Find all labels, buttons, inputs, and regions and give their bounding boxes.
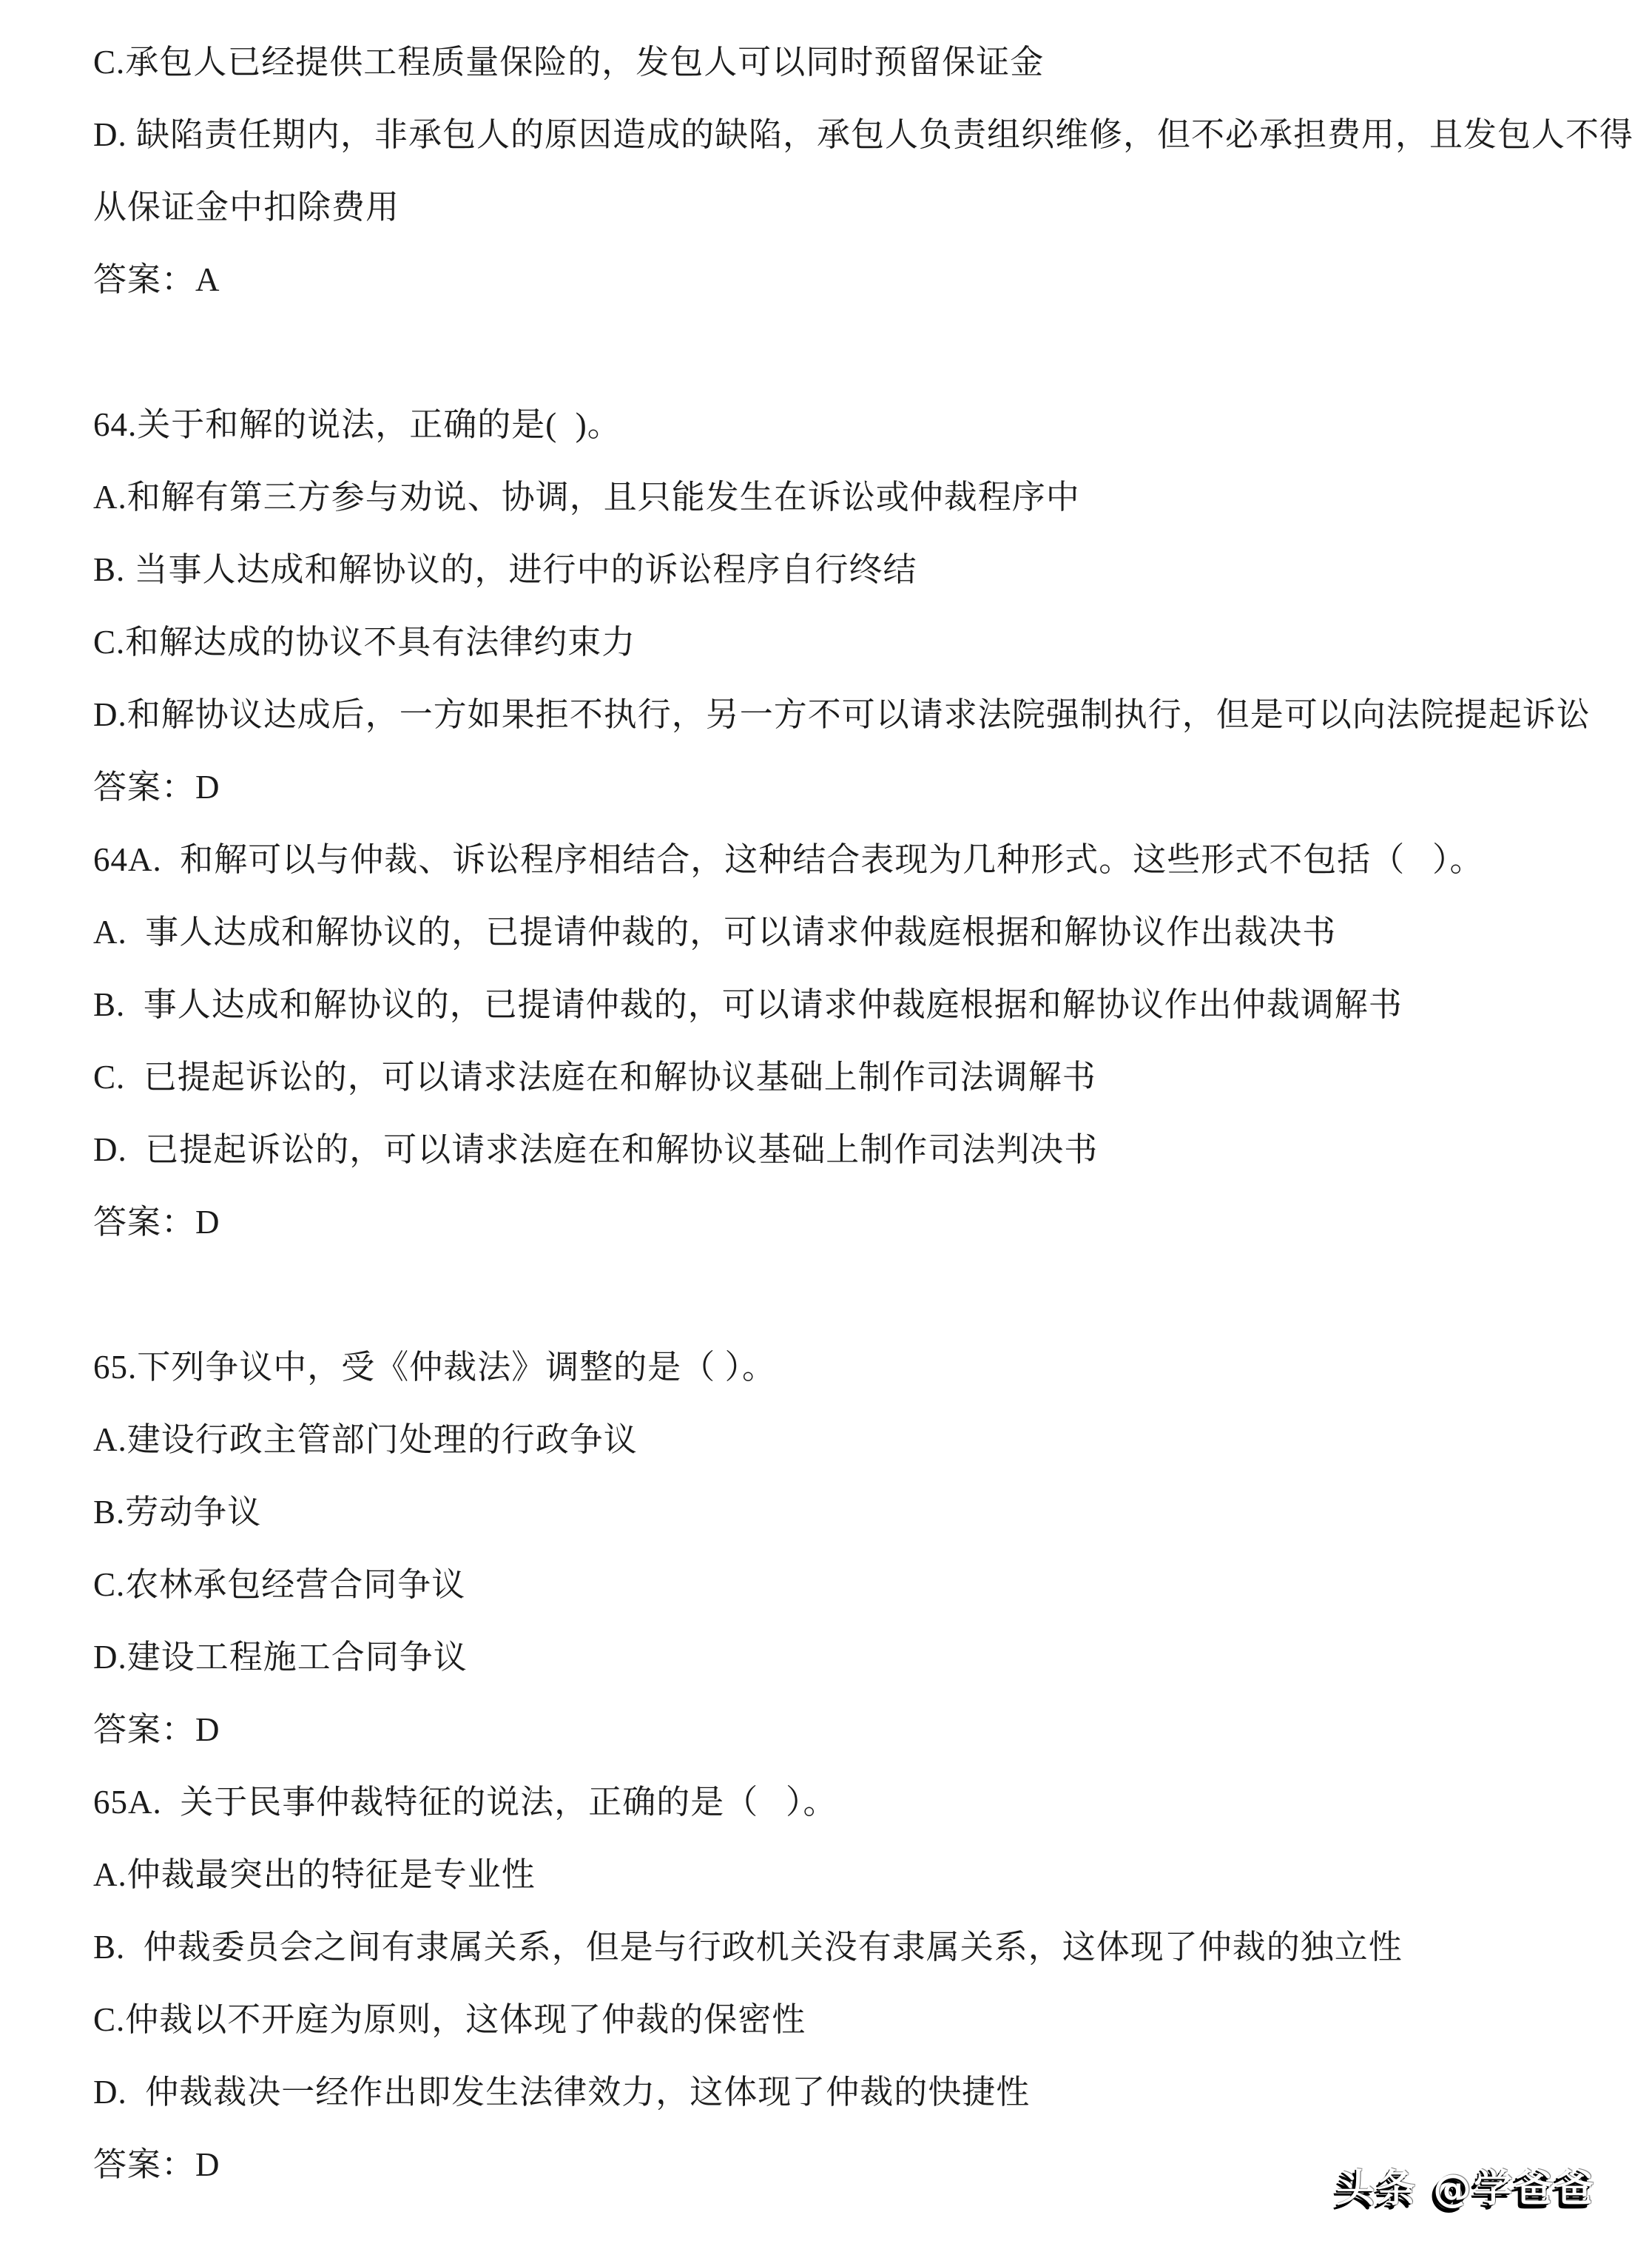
line-option: D. 仲裁裁决一经作出即发生法律效力，这体现了仲裁的快捷性 bbox=[93, 2052, 1622, 2125]
line-blank bbox=[93, 1255, 1622, 1327]
line-option: D. 已提起诉讼的，可以请求法庭在和解协议基础上制作司法判决书 bbox=[93, 1110, 1622, 1182]
line-blank bbox=[93, 312, 1622, 385]
line-answer: 答案：D bbox=[93, 747, 1622, 820]
watermark: 头条 @学爸爸 bbox=[1336, 2157, 1596, 2213]
line-option: B.劳动争议 bbox=[93, 1472, 1622, 1545]
line-answer: 答案：A bbox=[93, 240, 1622, 312]
line-question: 65A. 关于民事仲裁特征的说法，正确的是（ ）。 bbox=[93, 1762, 1622, 1835]
line-option: C.农林承包经营合同争议 bbox=[93, 1545, 1622, 1617]
line-continuation: 从保证金中扣除费用 bbox=[93, 167, 1622, 240]
line-question: 64.关于和解的说法，正确的是( )。 bbox=[93, 385, 1622, 457]
line-option: B. 当事人达成和解协议的，进行中的诉讼程序自行终结 bbox=[93, 530, 1622, 602]
line-option: A.建设行政主管部门处理的行政争议 bbox=[93, 1400, 1622, 1472]
text-lines-container: C.承包人已经提供工程质量保险的，发包人可以同时预留保证金D. 缺陷责任期内，非… bbox=[93, 22, 1622, 2197]
line-option: D.和解协议达成后，一方如果拒不执行，另一方不可以请求法院强制执行，但是可以向法… bbox=[93, 675, 1622, 747]
line-option: B. 事人达成和解协议的，已提请仲裁的，可以请求仲裁庭根据和解协议作出仲裁调解书 bbox=[93, 965, 1622, 1037]
line-option: D. 缺陷责任期内，非承包人的原因造成的缺陷，承包人负责组织维修，但不必承担费用… bbox=[93, 95, 1622, 167]
document-page: C.承包人已经提供工程质量保险的，发包人可以同时预留保证金D. 缺陷责任期内，非… bbox=[0, 0, 1652, 2246]
line-option: A. 事人达成和解协议的，已提请仲裁的，可以请求仲裁庭根据和解协议作出裁决书 bbox=[93, 892, 1622, 965]
line-option: C.承包人已经提供工程质量保险的，发包人可以同时预留保证金 bbox=[93, 22, 1622, 95]
line-option: A.仲裁最突出的特征是专业性 bbox=[93, 1835, 1622, 1907]
line-question: 65.下列争议中，受《仲裁法》调整的是（ ）。 bbox=[93, 1327, 1622, 1400]
line-option: C.和解达成的协议不具有法律约束力 bbox=[93, 602, 1622, 675]
line-option: B. 仲裁委员会之间有隶属关系，但是与行政机关没有隶属关系，这体现了仲裁的独立性 bbox=[93, 1907, 1622, 1980]
line-option: C.仲裁以不开庭为原则，这体现了仲裁的保密性 bbox=[93, 1980, 1622, 2052]
line-option: D.建设工程施工合同争议 bbox=[93, 1617, 1622, 1690]
line-question: 64A. 和解可以与仲裁、诉讼程序相结合，这种结合表现为几种形式。这些形式不包括… bbox=[93, 820, 1622, 892]
line-option: C. 已提起诉讼的，可以请求法庭在和解协议基础上制作司法调解书 bbox=[93, 1037, 1622, 1110]
line-answer: 答案：D bbox=[93, 1182, 1622, 1255]
line-answer: 答案：D bbox=[93, 1690, 1622, 1762]
line-option: A.和解有第三方参与劝说、协调，且只能发生在诉讼或仲裁程序中 bbox=[93, 457, 1622, 530]
